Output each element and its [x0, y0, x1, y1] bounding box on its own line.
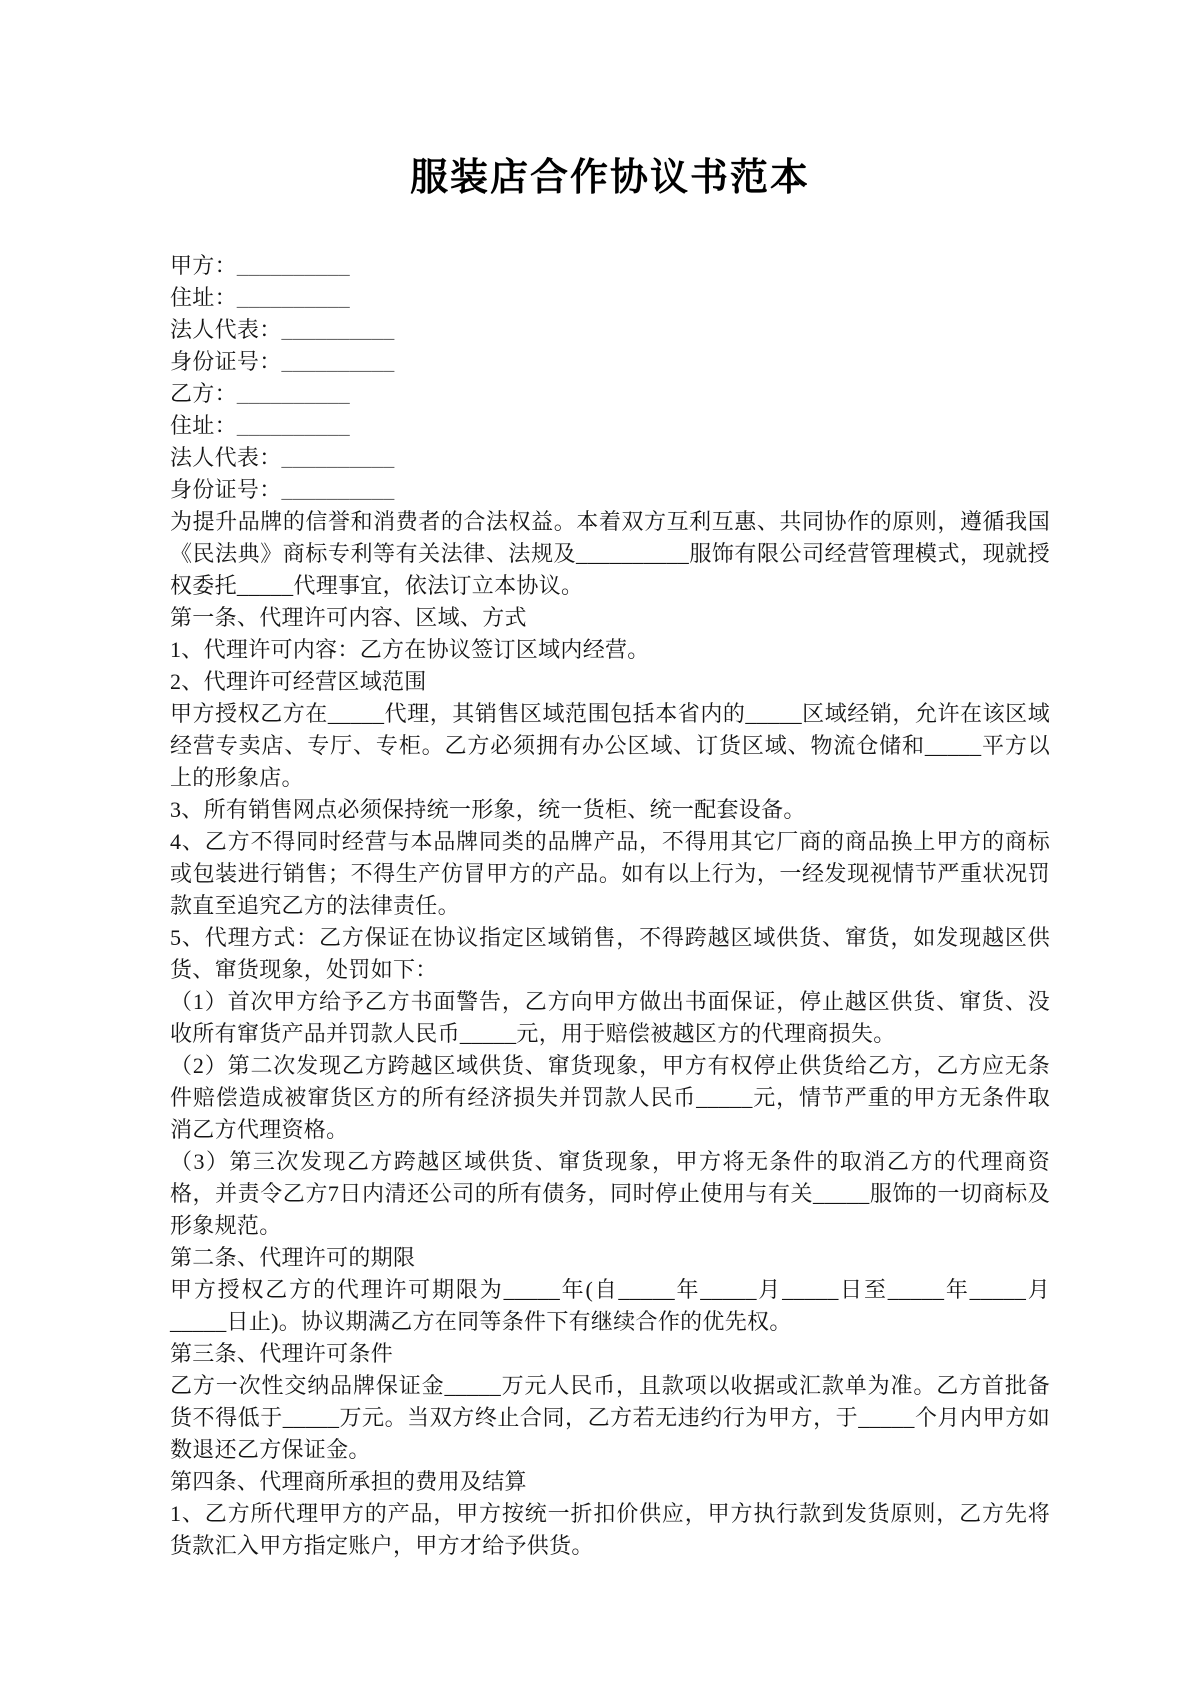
heading-clause-1: 第一条、代理许可内容、区域、方式 — [170, 602, 1050, 634]
clause-1-item-2: 2、代理许可经营区域范围 — [170, 666, 1050, 698]
field-party-a-id-number: 身份证号：__________ — [170, 346, 1050, 378]
field-party-b-id-number-label: 身份证号： — [170, 477, 282, 502]
field-party-b-address-blank: __________ — [237, 413, 350, 438]
field-party-a-blank: __________ — [237, 253, 350, 278]
field-party-a-address-label: 住址： — [170, 285, 237, 310]
field-party-a: 甲方：__________ — [170, 250, 1050, 282]
field-party-a-legal-rep-label: 法人代表： — [170, 317, 282, 342]
penalty-item-3: （3）第三次发现乙方跨越区域供货、窜货现象，甲方将无条件的取消乙方的代理商资格，… — [170, 1146, 1050, 1242]
field-party-a-address-blank: __________ — [237, 285, 350, 310]
field-party-b: 乙方：__________ — [170, 378, 1050, 410]
field-party-a-address: 住址：__________ — [170, 282, 1050, 314]
penalty-item-1: （1）首次甲方给予乙方书面警告，乙方向甲方做出书面保证，停止越区供货、窜货、没收… — [170, 986, 1050, 1050]
contract-body: 为提升品牌的信誉和消费者的合法权益。本着双方互利互惠、共同协作的原则，遵循我国《… — [170, 506, 1050, 1562]
field-party-b-legal-rep-blank: __________ — [282, 445, 395, 470]
field-party-b-blank: __________ — [237, 381, 350, 406]
field-party-b-address-label: 住址： — [170, 413, 237, 438]
clause-1-item-4: 4、乙方不得同时经营与本品牌同类的品牌产品，不得用其它厂商的商品换上甲方的商标或… — [170, 826, 1050, 922]
clause-4-item-1: 1、乙方所代理甲方的产品，甲方按统一折扣价供应，甲方执行款到发货原则，乙方先将货… — [170, 1498, 1050, 1562]
field-party-a-id-number-blank: __________ — [282, 349, 395, 374]
heading-clause-4: 第四条、代理商所承担的费用及结算 — [170, 1466, 1050, 1498]
clause-1-item-3: 3、所有销售网点必须保持统一形象，统一货柜、统一配套设备。 — [170, 794, 1050, 826]
field-party-b-id-number-blank: __________ — [282, 477, 395, 502]
paragraph-intro: 为提升品牌的信誉和消费者的合法权益。本着双方互利互惠、共同协作的原则，遵循我国《… — [170, 506, 1050, 602]
field-party-b-address: 住址：__________ — [170, 410, 1050, 442]
field-party-b-legal-rep-label: 法人代表： — [170, 445, 282, 470]
clause-3-body: 乙方一次性交纳品牌保证金_____万元人民币，且款项以收据或汇款单为准。乙方首批… — [170, 1370, 1050, 1466]
party-fields: 甲方：__________ 住址：__________ 法人代表：_______… — [170, 250, 1050, 506]
clause-1-item-5: 5、代理方式：乙方保证在协议指定区域销售，不得跨越区域供货、窜货，如发现越区供货… — [170, 922, 1050, 986]
field-party-b-legal-rep: 法人代表：__________ — [170, 442, 1050, 474]
clause-1-item-1: 1、代理许可内容：乙方在协议签订区域内经营。 — [170, 634, 1050, 666]
clause-2-body: 甲方授权乙方的代理许可期限为_____年(自_____年_____月_____日… — [170, 1274, 1050, 1338]
heading-clause-3: 第三条、代理许可条件 — [170, 1338, 1050, 1370]
field-party-b-label: 乙方： — [170, 381, 237, 406]
penalty-item-2: （2）第二次发现乙方跨越区域供货、窜货现象，甲方有权停止供货给乙方，乙方应无条件… — [170, 1050, 1050, 1146]
field-party-a-legal-rep: 法人代表：__________ — [170, 314, 1050, 346]
field-party-a-id-number-label: 身份证号： — [170, 349, 282, 374]
document-title: 服装店合作协议书范本 — [170, 150, 1050, 206]
document-page: 服装店合作协议书范本 甲方：__________ 住址：__________ 法… — [0, 0, 1190, 1683]
field-party-a-label: 甲方： — [170, 253, 237, 278]
clause-1-item-2-body: 甲方授权乙方在_____代理，其销售区域范围包括本省内的_____区域经销，允许… — [170, 698, 1050, 794]
field-party-a-legal-rep-blank: __________ — [282, 317, 395, 342]
field-party-b-id-number: 身份证号：__________ — [170, 474, 1050, 506]
heading-clause-2: 第二条、代理许可的期限 — [170, 1242, 1050, 1274]
